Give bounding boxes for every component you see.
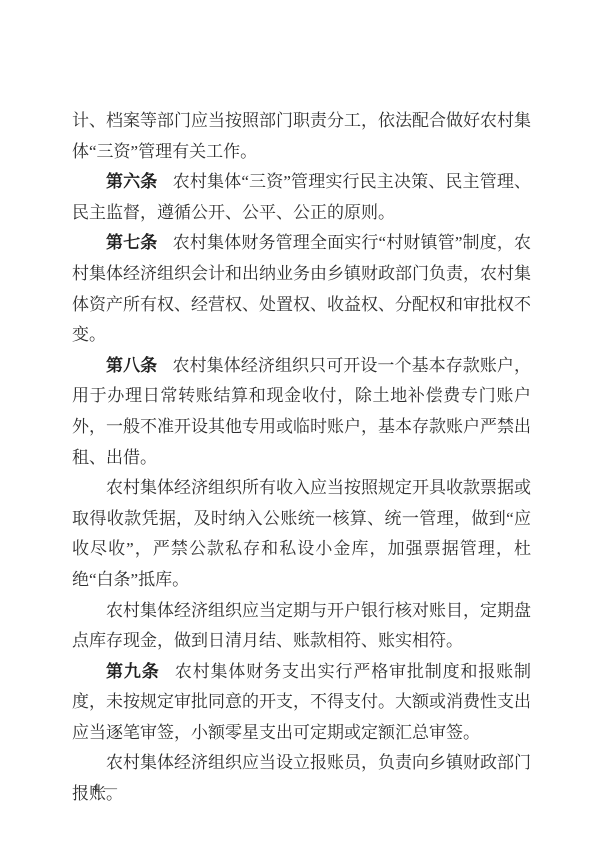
article-7-label: 第七条 bbox=[106, 233, 157, 252]
document-page: 计、档案等部门应当按照部门职责分工，依法配合做好农村集体“三资”管理有关工作。 … bbox=[0, 0, 600, 848]
paragraph-text: 农村集体经济组织应当定期与开户银行核对账目，定期盘点库存现金，做到日清月结、账款… bbox=[72, 601, 531, 651]
page-number: — 4 — bbox=[74, 780, 118, 796]
paragraph-article-9: 第九条农村集体财务支出实行严格审批制度和报账制度，未按规定审批同意的开支，不得支… bbox=[72, 657, 531, 749]
article-6-label: 第六条 bbox=[106, 172, 157, 191]
paragraph-text: 计、档案等部门应当按照部门职责分工，依法配合做好农村集体“三资”管理有关工作。 bbox=[72, 111, 531, 161]
paragraph-text: 农村集体经济组织所有收入应当按照规定开具收款票据或取得收款凭据，及时纳入公账统一… bbox=[72, 478, 531, 589]
article-9-label: 第九条 bbox=[106, 662, 160, 681]
paragraph-article-8: 第八条农村集体经济组织只可开设一个基本存款账户，用于办理日常转账结算和现金收付，… bbox=[72, 351, 531, 473]
paragraph-income-rules: 农村集体经济组织所有收入应当按照规定开具收款票据或取得收款凭据，及时纳入公账统一… bbox=[72, 473, 531, 595]
paragraph-article-6: 第六条农村集体“三资”管理实行民主决策、民主管理、民主监督，遵循公开、公平、公正… bbox=[72, 167, 531, 228]
paragraph-text: 农村集体经济组织应当设立报账员，负责向乡镇财政部门报账。 bbox=[72, 753, 531, 803]
paragraph-bookkeeper: 农村集体经济组织应当设立报账员，负责向乡镇财政部门报账。 bbox=[72, 748, 531, 809]
paragraph-article-7: 第七条农村集体财务管理全面实行“村财镇管”制度，农村集体经济组织会计和出纳业务由… bbox=[72, 228, 531, 350]
document-body: 计、档案等部门应当按照部门职责分工，依法配合做好农村集体“三资”管理有关工作。 … bbox=[72, 106, 531, 810]
paragraph-continuation: 计、档案等部门应当按照部门职责分工，依法配合做好农村集体“三资”管理有关工作。 bbox=[72, 106, 531, 167]
article-8-label: 第八条 bbox=[106, 356, 157, 375]
paragraph-bank-reconciliation: 农村集体经济组织应当定期与开户银行核对账目，定期盘点库存现金，做到日清月结、账款… bbox=[72, 596, 531, 657]
